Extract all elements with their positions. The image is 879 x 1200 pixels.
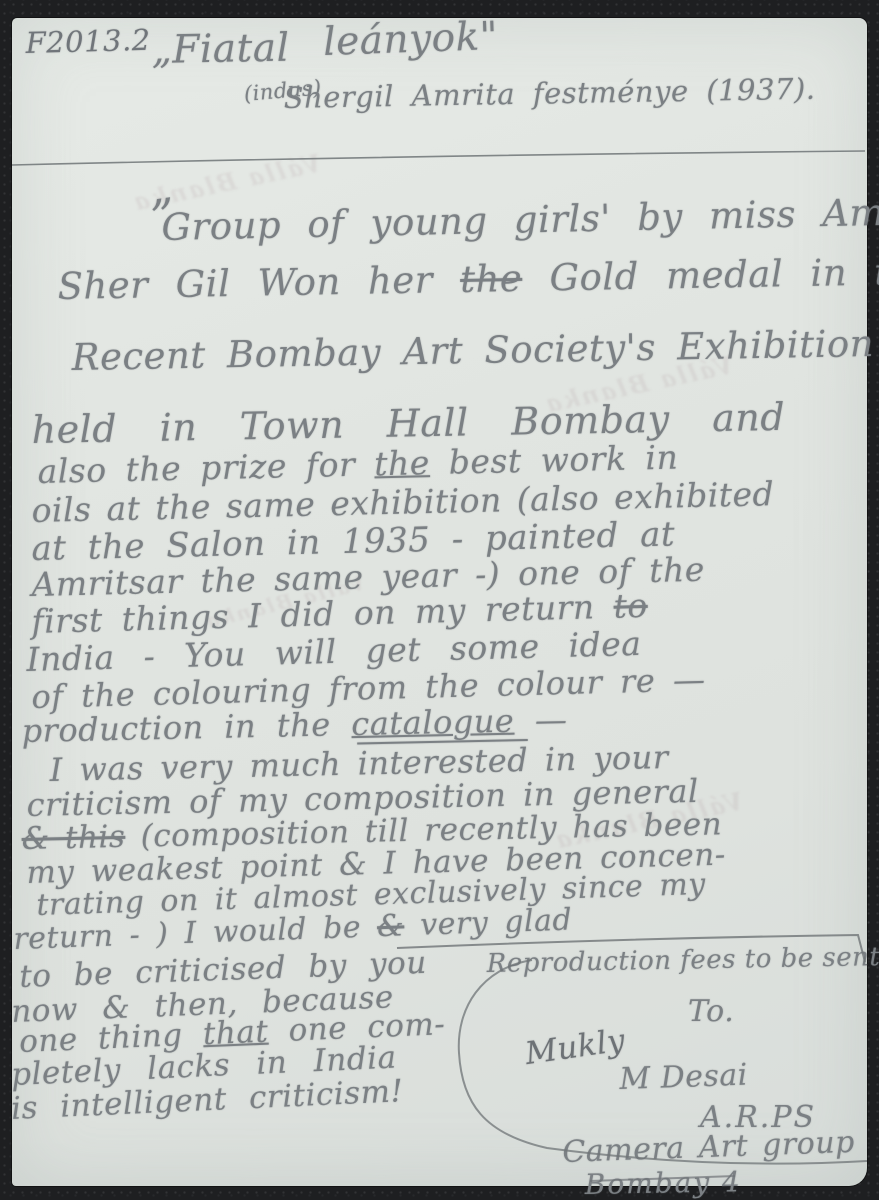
inventory-number: F2013.2 (25, 23, 151, 60)
fee-note-line: Reproduction fees to be sent (486, 942, 879, 979)
fee-note-line: Mukly (523, 1022, 627, 1072)
title-word-2: leányok" (322, 14, 498, 65)
title-word-1: „Fiatal (151, 26, 290, 73)
attribution-line: Shergil Amrita festménye (1937). (283, 72, 815, 115)
letter-line: Group of young girls' by miss Amrita (161, 189, 879, 249)
fee-note-line: M Desai (619, 1058, 749, 1097)
scan-background: Válla Blanka Válla Blanka Válla Blanka V… (0, 0, 879, 1200)
fee-note-line: To. (688, 994, 734, 1029)
letter-line: Recent Bombay Art Society's Exhibition (71, 322, 874, 379)
letter-line: Sher Gil Won her the Gold medal in the (57, 250, 879, 308)
header-rule-line (12, 151, 865, 165)
fee-note-line: Camera Art group (562, 1125, 856, 1170)
letter-paper: Válla Blanka Válla Blanka Válla Blanka V… (12, 18, 867, 1186)
fee-note-line: Bombay 4 (584, 1165, 742, 1200)
